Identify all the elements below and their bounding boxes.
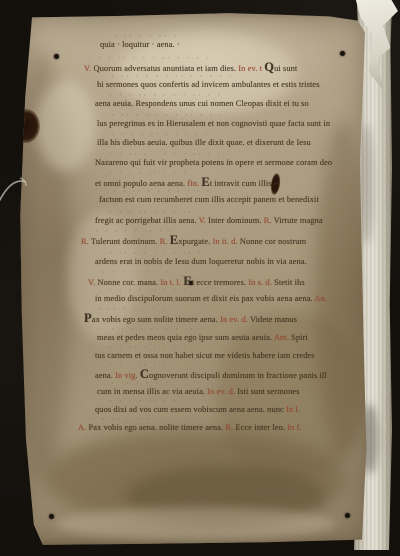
manuscript-text-line: ´ ´´ ´ ´ ´ ´cum in mensa illis ac via ae… [97,387,300,397]
rubric-text: V. [199,216,208,225]
manuscript-text-line: ´ ´ ´ ´ ´´ ´ ´ ´ ´ ´illa his diebus aeui… [97,138,311,148]
manuscript-text-line: ´ ´ ´ ´ ´´ ´ ´quos dixi ad vos cum essem… [95,405,300,415]
manuscript-text-line: ´ ´ ´ ´´ ´ ´aena. In vig. Cognoverunt di… [95,369,327,381]
neume-marks: ´ ´ ´´ ´ ´ ´ ´ ´ [109,345,188,355]
neume-marks: ´ ´´ ´ ´ ´ ´ ´ [98,307,167,317]
neume-marks: ´ ´ ´ ´ ´´ ´ ´ ´ ´ [109,288,198,298]
body-text: P [84,311,92,325]
neume-marks: ´ ´´ ´ ´ ´ ´ ´ ´´ ´ [109,251,203,261]
rubric-text: In ii. d. [213,237,240,246]
body-text: ognoverunt discipuli dominum in fraction… [149,371,327,380]
body-text: Ecce inter leo. [235,423,287,432]
manuscript-text-line: ´ ´ ´´ ´ ´ ´A. Pax vobis ego aena. nolit… [78,423,302,433]
manuscript-text-line: ´ ´ ´ ´´ ´ ´ ´ ´ ´´ ´ ´aena aeuia. Respo… [95,99,309,109]
neume-marks: ´ ´ ´´ ´ ´ ´ ´ ´ ´´ ´ ´ [109,152,222,162]
neume-marks: ´ ´´ ´ ´ ´ ´ ´ ´´ ´ ´ ´ [111,113,224,123]
body-text: Videte manus [250,315,297,324]
manuscript-text-line: ´ ´´ ´ ´ ´ ´ ´ ´´ ´ardens erat in nobis … [95,257,307,267]
rubric-text: R. [264,216,274,225]
rubric-text: A. [78,423,89,432]
rubric-text: Ant. [274,333,291,342]
manuscript-text-line: ´ ´´ ´ ´ ´ ´ ´´ ´ ´ ´ ´ ´hi sermones quo… [97,80,320,90]
manuscript-text-line: ´ ´ ´ ´ ´´ ´ ´ ´ ´in medio discipulorum … [95,294,327,304]
neume-marks: ´ ´ ´ ´´ ´ ´ ´ ´ ´´ ´ ´ [109,93,222,103]
neume-marks: ´ ´ ´´ ´ ´ ´ [92,417,151,427]
manuscript-text-line: ´ ´ ´´ ´ ´ ´ ´ ´ ´´ ´ ´Nazareno qui fuit… [95,158,332,168]
neume-marks: ´ ´ ´ ´ ´´ ´ ´ [109,399,178,409]
neume-marks: ´ ´ ´ ´ ´ ´´ ´ ´ [95,229,174,239]
manuscript-text-line: ´ ´´ ´ ´ ´ ´ ´ ´´ ´ ´ ´lus peregrinus es… [97,119,330,129]
body-text: Inter dominum. [208,216,264,225]
neume-marks: ´ ´ ´ ´ ´´ ´ ´ ´ ´ ´ [111,132,209,142]
manuscript-text-line: ´ ´ ´ ´ ´´ ´ ´ ´´meas et pedes meos quia… [97,333,308,343]
manuscript-text-line: ´ ´ ´´ ´ ´ ´ ´ ´ ´ ´factum est cum recum… [99,195,319,205]
body-text: E [201,175,209,189]
neume-marks: ´ ´´ ´ ´ ´ ´ [111,381,170,391]
body-text: ui sunt [274,64,297,73]
rubric-text: R. [225,423,235,432]
manuscript-text-line: ´ ´´ ´ ´ ´´ ´quia · loquitur · aena. · [100,40,180,50]
manuscript-page: ·´·· ··´ ·´· ´ ´´ ´ ´ ´´ ´quia · loquitu… [16,11,372,546]
neume-marks: ´ ´ ´ ´´ ´ ´ [109,363,168,373]
manuscript-text-line: ´ ´´ ´ ´ ´ ´ ´Pax vobis ego sum nolite t… [84,313,297,325]
manuscript-photo: ·´·· ··´ ·´· ´ ´´ ´ ´ ´´ ´quia · loquitu… [0,0,400,556]
body-text: t ecce tremores. [192,278,249,287]
neume-marks: ´ ´ ´´ ´ ´ ´ ´ ´ ´ ´ [113,189,211,199]
body-text: Nonne cor nostrum [240,237,306,246]
manuscript-text-line: ´ ´ ´´ ´ ´ ´ ´´ ´ ´ ´ ´V. Quorum adversa… [84,62,297,74]
body-text: Stetit ihs [274,278,305,287]
manuscript-text-line: ´ ´ ´ ´´ ´ ´ ´V. Nonne cor. mana. In t. … [88,276,305,288]
manuscript-text-line: ´ ´ ´ ´ ´ ´´ ´ ´R. Tulerunt dominum. R. … [81,235,306,247]
rubric-text: In s. d. [248,278,274,287]
neume-marks: ´ ´ ´ ´´ ´ ´ ´ [102,270,171,280]
neume-marks: ´ ´ ´ ´´ ´ ´ ´ ´´ [109,210,193,220]
manuscript-text-line: ´ ´ ´ ´´ ´ ´ ´ ´´fregit ac porrigebat il… [95,216,323,226]
neume-marks: ´ ´ ´ ´ ´´ ´ ´ ´ [109,171,188,181]
body-text: Spiri [291,333,308,342]
body-text: xpurgate. [178,237,212,246]
body-text: E [183,274,191,288]
body-text: Virtute magna [274,216,323,225]
fore-edge-smudge [360,124,374,244]
rubric-text: An. [314,294,327,303]
rubric-text: R. [81,237,91,246]
neume-marks: ´ ´´ ´ ´ ´ ´ ´´ ´ ´ ´ ´ ´ [111,74,234,84]
rubric-text: fin. [187,179,201,188]
body-text: Q [264,60,274,74]
rubric-text: In ev. t [238,64,264,73]
neume-marks: ´ ´ ´´ ´ ´ ´ ´´ ´ ´ ´ ´ [98,56,211,66]
rubric-text: In ev. d. [207,387,237,396]
manuscript-text-line: ´ ´ ´´ ´ ´ ´ ´ ´tus carnem et ossa non h… [95,351,315,361]
text-block: ´ ´´ ´ ´ ´´ ´quia · loquitur · aena. ·´ … [16,11,372,546]
neume-marks: ´ ´´ ´ ´ ´´ ´ [114,34,178,44]
manuscript-text-line: ´ ´ ´ ´ ´´ ´ ´ ´et omni populo aena aena… [95,177,280,189]
rubric-text: In l. [286,405,300,414]
rubric-text: In f. [287,423,301,432]
body-text: Isti sunt sermones [237,387,299,396]
rubric-text: In ev. d. [220,315,250,324]
neume-marks: ´ ´ ´ ´ ´´ ´ ´ ´´ [111,327,195,337]
body-text: t intravit cum illis et [210,179,280,188]
